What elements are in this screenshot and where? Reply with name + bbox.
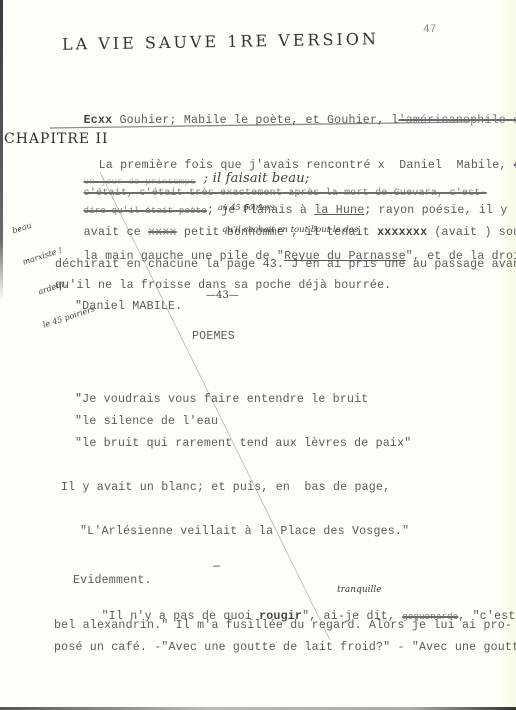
dialogue-line-4: posé un café. -"Avec une goutte de lait … [54, 641, 516, 654]
scan-edge-left [0, 0, 3, 300]
insert-tranquille: tranquille [337, 585, 382, 595]
insert-note-below: qu'il cachait en tout bout le dos, [222, 225, 361, 235]
page-ref-note: —43— [206, 290, 239, 301]
dialogue-line-1: Evidemment. [73, 574, 152, 587]
insert-note-above: au 45 poiriers [218, 203, 275, 212]
chapter-label: CHAPITRE II [4, 131, 109, 147]
arlesienne-line: "L'Arlésienne veillait à la Place des Vo… [80, 525, 409, 538]
poem-line-3: "le bruit qui rarement tend aux lèvres d… [75, 437, 411, 450]
dialogue-line-3: bel alexandrin." Il m'a fusillée du rega… [54, 619, 512, 632]
manuscript-page: La vie sauve 1re version 47 Ecxx Gouhier… [0, 0, 516, 710]
blank-line: Il y avait un blanc; et puis, en bas de … [61, 481, 390, 494]
intro-line-1: Ecxx Gouhier; Mabile le poète, et Gouhie… [55, 101, 516, 140]
page-number: 47 [423, 24, 437, 36]
poems-title: POEMES [192, 330, 235, 343]
poem-line-2: "le silence de l'eau [75, 415, 218, 428]
separator-dash: — [213, 560, 220, 573]
opening-line-7: déchirait en chacune la page 43. J'en ai… [55, 258, 516, 271]
signature-line: "Daniel MABILE. [75, 300, 182, 313]
poem-line-1: "Je voudrais vous faire entendre le brui… [75, 393, 368, 406]
handwritten-title: La vie sauve 1re version [62, 29, 379, 54]
